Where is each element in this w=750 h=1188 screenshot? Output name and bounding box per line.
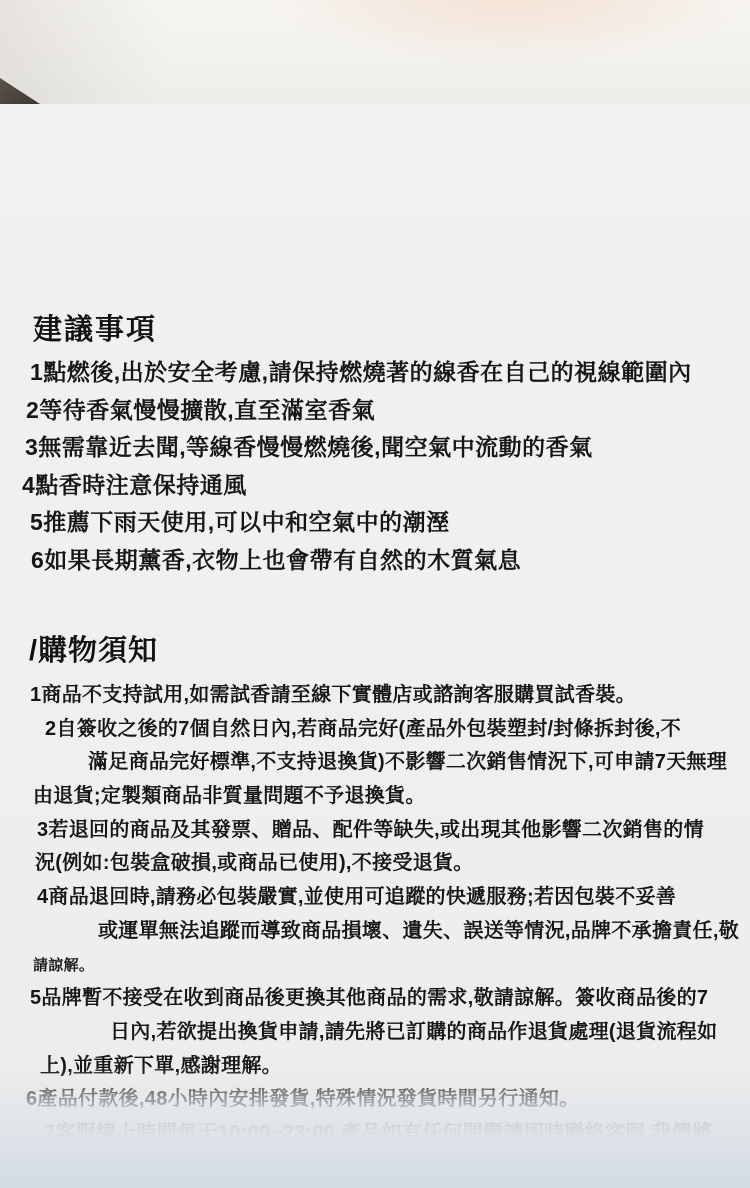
- shopping-note-line: 1商品不支持試用,如需試香請至線下實體店或諮詢客服購買試香裝。: [0, 679, 750, 713]
- top-photo-strip: [0, 0, 750, 104]
- shopping-notes-list: 1商品不支持試用,如需試香請至線下實體店或諮詢客服購買試香裝。 2自簽收之後的7…: [0, 679, 750, 1184]
- shopping-note-line-small: 請諒解。: [0, 949, 750, 983]
- text-panel: 建議事項 1點燃後,出於安全考慮,請保持燃燒著的線香在自己的視線範圍內 2等待香…: [0, 104, 750, 1188]
- shopping-note-line: 滿足商品完好標準,不支持退換貨)不影響二次銷售情況下,可申請7天無理: [0, 746, 750, 780]
- shopping-note-line: 2自簽收之後的7個自然日內,若商品完好(產品外包裝塑封/封條拆封後,不: [0, 713, 750, 747]
- suggestion-line: 5推薦下雨天使用,可以中和空氣中的潮溼: [0, 504, 750, 542]
- shopping-note-line-small: 妥善幫您處理。: [0, 1151, 750, 1185]
- suggestion-line: 2等待香氣慢慢擴散,直至滿室香氣: [0, 392, 750, 430]
- shopping-note-line: 4商品退回時,請務必包裝嚴實,並使用可追蹤的快遞服務;若因包裝不妥善: [0, 881, 750, 915]
- suggestion-line: 3無需靠近去聞,等線香慢慢燃燒後,聞空氣中流動的香氣: [0, 429, 750, 467]
- dark-corner-shape: [0, 78, 40, 104]
- shopping-notes-title: /購物須知: [29, 628, 158, 669]
- suggestion-line: 4點香時注意保持通風: [0, 467, 750, 505]
- shopping-note-line: 3若退回的商品及其發票、贈品、配件等缺失,或出現其他影響二次銷售的情: [0, 814, 750, 848]
- suggestions-title: 建議事項: [33, 307, 157, 348]
- shopping-note-line: 或運單無法追蹤而導致商品損壞、遺失、誤送等情況,品牌不承擔責任,敬: [0, 915, 750, 949]
- suggestion-line: 6如果長期薰香,衣物上也會帶有自然的木質氣息: [0, 542, 750, 580]
- shopping-note-line: 7客服線上時間每天10:00~23:00,產品如有任何問題請即時聯絡客服,我們將: [0, 1117, 750, 1151]
- shopping-note-line: 況(例如:包裝盒破損,或商品已使用),不接受退貨。: [0, 847, 750, 881]
- shopping-note-line: 由退貨;定製類商品非質量問題不予退換貨。: [0, 780, 750, 814]
- product-detail-page: 建議事項 1點燃後,出於安全考慮,請保持燃燒著的線香在自己的視線範圍內 2等待香…: [0, 0, 750, 1188]
- shopping-note-line: 日內,若欲提出換貨申請,請先將已訂購的商品作退貨處理(退貨流程如: [0, 1016, 750, 1050]
- suggestion-line: 1點燃後,出於安全考慮,請保持燃燒著的線香在自己的視線範圍內: [0, 354, 750, 392]
- shopping-note-line: 上),並重新下單,感謝理解。: [0, 1050, 750, 1084]
- suggestions-list: 1點燃後,出於安全考慮,請保持燃燒著的線香在自己的視線範圍內 2等待香氣慢慢擴散…: [0, 354, 750, 580]
- shopping-note-line: 6產品付款後,48小時內安排發貨,特殊情況發貨時間另行通知。: [0, 1083, 750, 1117]
- shopping-note-line: 5品牌暫不接受在收到商品後更換其他商品的需求,敬請諒解。簽收商品後的7: [0, 982, 750, 1016]
